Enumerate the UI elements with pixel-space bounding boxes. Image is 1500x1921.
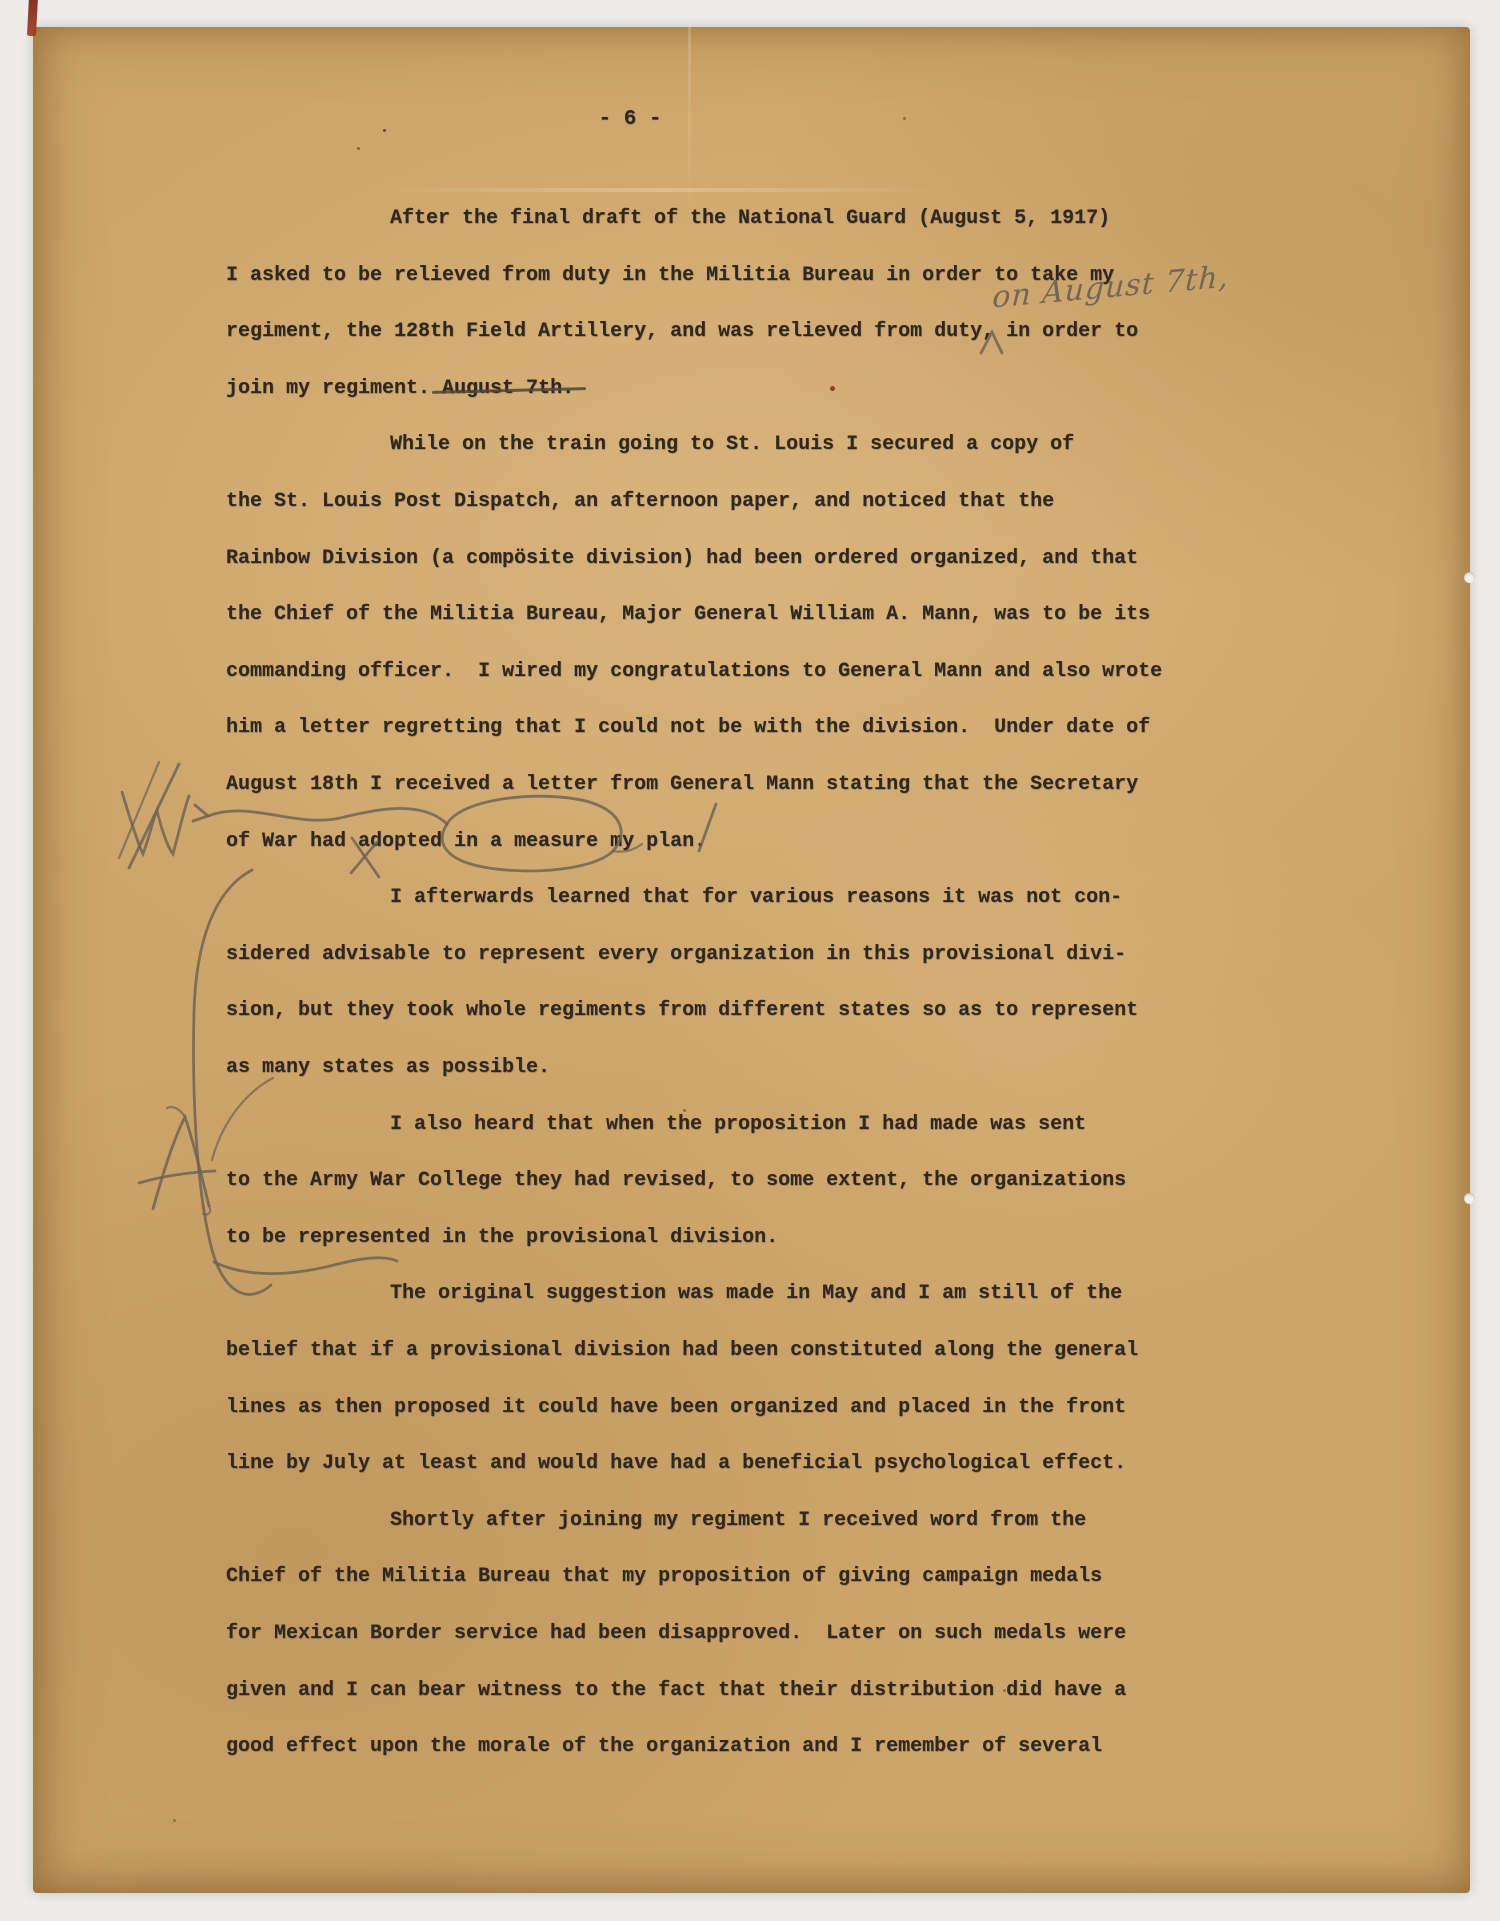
typed-line: regiment, the 128th Field Artillery, and…: [226, 318, 1138, 346]
typed-line: commanding officer. I wired my congratul…: [226, 658, 1162, 686]
typed-line: the St. Louis Post Dispatch, an afternoo…: [226, 488, 1054, 516]
typed-line: line by July at least and would have had…: [226, 1450, 1126, 1478]
typed-line: Chief of the Militia Bureau that my prop…: [226, 1563, 1102, 1591]
typed-line: him a letter regretting that I could not…: [226, 714, 1150, 742]
typed-line: of War had adopted in a measure my plan.: [226, 828, 706, 856]
typed-line: join my regiment. August 7th.: [226, 375, 574, 403]
typed-line: Shortly after joining my regiment I rece…: [226, 1507, 1086, 1535]
typed-line: lines as then proposed it could have bee…: [226, 1394, 1126, 1422]
typed-line: good effect upon the morale of the organ…: [226, 1733, 1102, 1761]
typed-line: to the Army War College they had revised…: [226, 1167, 1126, 1195]
typed-line: The original suggestion was made in May …: [226, 1280, 1122, 1308]
typed-line: After the final draft of the National Gu…: [226, 205, 1110, 233]
typed-line: as many states as possible.: [226, 1054, 550, 1082]
typed-line: given and I can bear witness to the fact…: [226, 1677, 1126, 1705]
typed-line: I afterwards learned that for various re…: [226, 884, 1122, 912]
typed-line: I asked to be relieved from duty in the …: [226, 262, 1114, 290]
typed-line: August 18th I received a letter from Gen…: [226, 771, 1138, 799]
typed-line: While on the train going to St. Louis I …: [226, 431, 1074, 459]
typed-line: to be represented in the provisional div…: [226, 1224, 778, 1252]
typed-line: belief that if a provisional division ha…: [226, 1337, 1138, 1365]
struck-text: August 7th.: [442, 377, 574, 400]
typed-line: Rainbow Division (a compösite division) …: [226, 545, 1138, 573]
typed-line: for Mexican Border service had been disa…: [226, 1620, 1126, 1648]
typed-line: I also heard that when the proposition I…: [226, 1111, 1086, 1139]
typed-line: sidered advisable to represent every org…: [226, 941, 1126, 969]
typed-line: the Chief of the Militia Bureau, Major G…: [226, 601, 1150, 629]
typed-text-block: After the final draft of the National Gu…: [0, 0, 1500, 1921]
typed-line: sion, but they took whole regiments from…: [226, 997, 1138, 1025]
